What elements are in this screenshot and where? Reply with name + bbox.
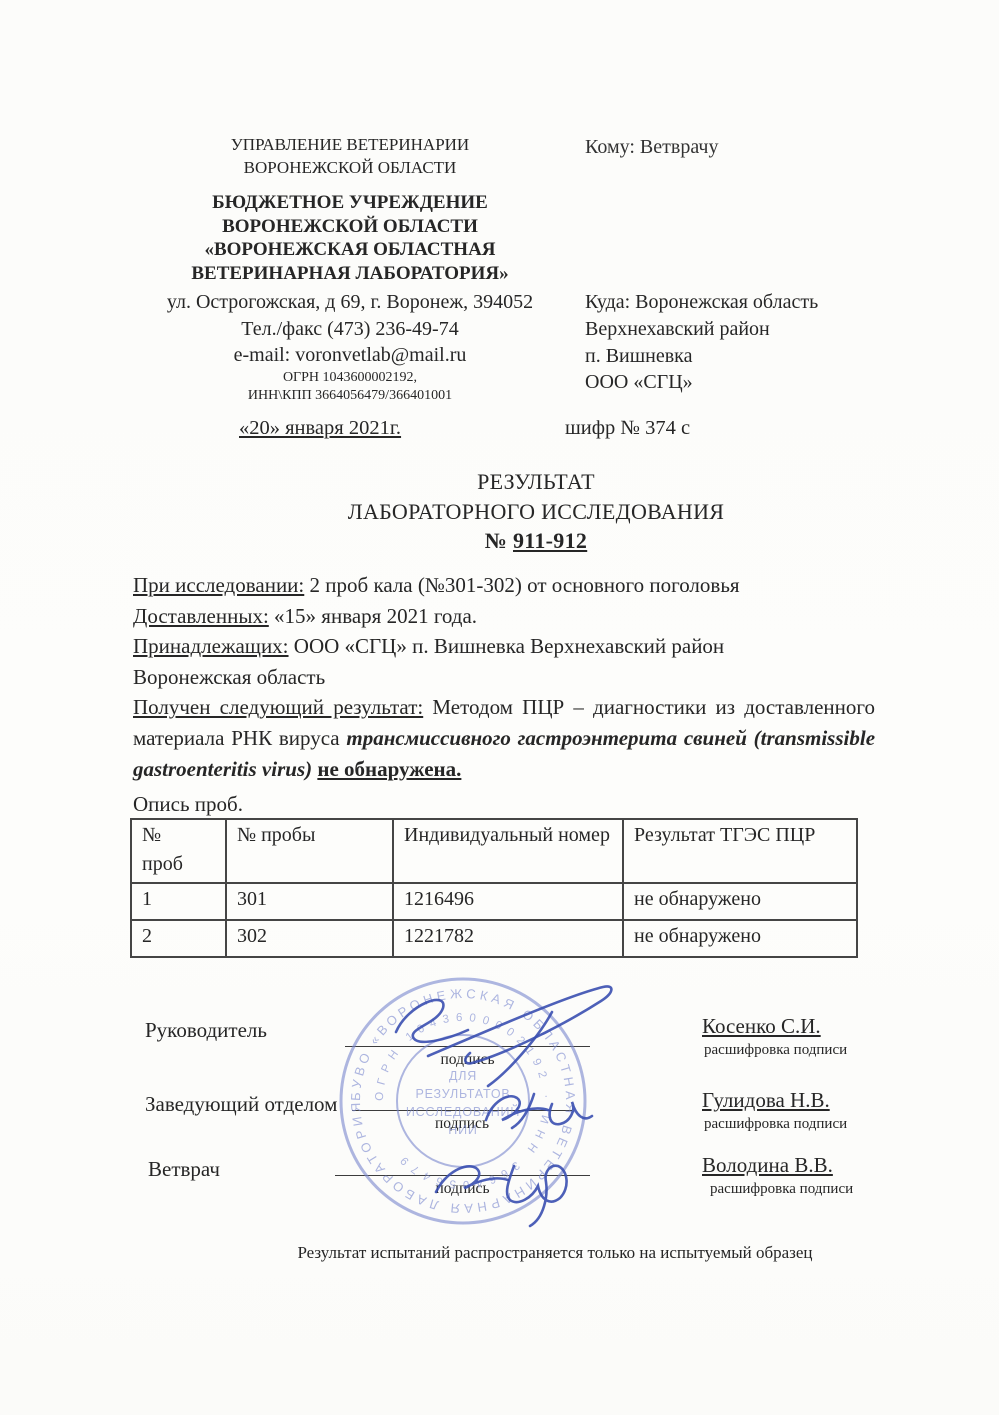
research-value: 2 проб кала (№301-302) от основного пого…	[304, 573, 739, 597]
sender-contacts: ул. Острогожская, д 69, г. Воронеж, 3940…	[120, 289, 580, 406]
delivered-line: Доставленных: «15» января 2021 года.	[133, 601, 875, 632]
col-header-individual-no: Индивидуальный номер	[393, 819, 623, 883]
sender-phone: Тел./факс (473) 236-49-74	[120, 316, 580, 343]
signature-scribble-director	[396, 986, 611, 1086]
stamp-registration-numbers: ОГРН 1043600002192 · ИНН 3664056479	[374, 1012, 552, 1190]
owner-value: ООО «СГЦ» п. Вишневка Верхнехавский райо…	[289, 634, 725, 658]
cell-index: 2	[131, 920, 226, 957]
result-agent-ru: трансмиссивного гастроэнтерита свиней	[346, 726, 753, 750]
signature-caption: подпись	[345, 1051, 590, 1069]
org-line1: БЮДЖЕТНОЕ УЧРЕЖДЕНИЕ	[120, 191, 580, 215]
sender-address: ул. Острогожская, д 69, г. Воронеж, 3940…	[120, 289, 580, 316]
signature-line	[352, 1110, 572, 1111]
signature-name-caption: расшифровка подписи	[704, 1116, 847, 1133]
sender-ogrn: ОГРН 1043600002192,	[120, 369, 580, 388]
footer-note: Результат испытаний распространяется тол…	[130, 1243, 980, 1263]
recipient-line2: Верхнехавский район	[585, 316, 818, 343]
signature-name-caption: расшифровка подписи	[704, 1042, 847, 1059]
signature-name-head-of-dept: Гулидова Н.В.	[702, 1088, 830, 1113]
number-sign: №	[485, 528, 513, 553]
report-details: При исследовании: 2 проб кала (№301-302)…	[133, 570, 875, 784]
document-cipher: шифр № 374 с	[565, 417, 690, 440]
signature-role-director: Руководитель	[145, 1018, 267, 1043]
recipient-address: Куда: Воронежская область Верхнехавский …	[585, 289, 818, 396]
department-line2: ВОРОНЕЖСКОЙ ОБЛАСТИ	[130, 156, 570, 179]
recipient-to: Кому: Ветврачу	[585, 136, 718, 159]
signature-name-vet: Володина В.В.	[702, 1153, 833, 1178]
title-number-line: № 911-912	[130, 526, 942, 556]
result-label: Получен следующий результат:	[133, 695, 423, 719]
sender-email: e-mail: voronvetlab@mail.ru	[120, 342, 580, 369]
table-header-row: № проб № пробы Индивидуальный номер Резу…	[131, 819, 857, 883]
table-row: 2 302 1221782 не обнаружено	[131, 920, 857, 957]
signature-line	[335, 1175, 590, 1176]
cell-sample-no: 301	[226, 883, 393, 920]
signature-role-vet: Ветврач	[148, 1157, 220, 1182]
sender-inn-kpp: ИНН\КПП 3664056479/366401001	[120, 387, 580, 406]
recipient-line3: п. Вишневка	[585, 343, 818, 370]
delivered-value: «15» января 2021 года.	[269, 604, 477, 628]
owner-label: Принадлежащих:	[133, 634, 289, 658]
department-line1: УПРАВЛЕНИЕ ВЕТЕРИНАРИИ	[130, 133, 570, 156]
cell-result: не обнаружено	[623, 883, 857, 920]
recipient-line4: ООО «СГЦ»	[585, 369, 818, 396]
owner-line: Принадлежащих: ООО «СГЦ» п. Вишневка Вер…	[133, 631, 875, 692]
signature-caption: подпись	[352, 1115, 572, 1133]
col-header-result: Результат ТГЭС ПЦР	[623, 819, 857, 883]
research-label: При исследовании:	[133, 573, 304, 597]
samples-table: № проб № пробы Индивидуальный номер Резу…	[130, 818, 858, 958]
stamp-center-line2: РЕЗУЛЬТАТОВ	[415, 1087, 510, 1101]
title-line1: РЕЗУЛЬТАТ	[130, 467, 942, 497]
research-line: При исследовании: 2 проб кала (№301-302)…	[133, 570, 875, 601]
org-line2: ВОРОНЕЖСКОЙ ОБЛАСТИ	[120, 215, 580, 239]
signature-name-director: Косенко С.И.	[702, 1014, 821, 1039]
table-row: 1 301 1216496 не обнаружено	[131, 883, 857, 920]
sender-department: УПРАВЛЕНИЕ ВЕТЕРИНАРИИ ВОРОНЕЖСКОЙ ОБЛАС…	[130, 133, 570, 179]
stamp-ring-text: БУВО «ВОРОНЕЖСКАЯ ОБЛАСТНАЯ ВЕТЕРИНАРНАЯ…	[330, 968, 578, 1216]
cell-result: не обнаружено	[623, 920, 857, 957]
owner-value-2: Воронежская область	[133, 662, 875, 693]
result-paragraph: Получен следующий результат: Методом ПЦР…	[133, 692, 875, 784]
stamp-center-line1: ДЛЯ	[449, 1069, 477, 1083]
signature-line	[345, 1046, 590, 1047]
result-verdict: не обнаружена.	[317, 757, 461, 781]
cell-sample-no: 302	[226, 920, 393, 957]
org-line3: «ВОРОНЕЖСКАЯ ОБЛАСТНАЯ	[120, 238, 580, 262]
recipient-line1: Куда: Воронежская область	[585, 289, 818, 316]
col-header-sample-index: № проб	[131, 819, 226, 883]
cell-index: 1	[131, 883, 226, 920]
org-line4: ВЕТЕРИНАРНАЯ ЛАБОРАТОРИЯ»	[120, 262, 580, 286]
signature-caption: подпись	[335, 1180, 590, 1198]
handwritten-signatures	[300, 960, 730, 1250]
col-header-sample-no: № пробы	[226, 819, 393, 883]
signature-name-caption: расшифровка подписи	[710, 1181, 853, 1198]
delivered-label: Доставленных:	[133, 604, 269, 628]
document-title: РЕЗУЛЬТАТ ЛАБОРАТОРНОГО ИССЛЕДОВАНИЯ № 9…	[130, 467, 942, 556]
report-number: 911-912	[513, 528, 587, 553]
cell-individual-no: 1221782	[393, 920, 623, 957]
signature-role-head-of-dept: Заведующий отделом	[145, 1092, 337, 1117]
scanned-lab-report-page: УПРАВЛЕНИЕ ВЕТЕРИНАРИИ ВОРОНЕЖСКОЙ ОБЛАС…	[0, 0, 999, 1415]
title-line2: ЛАБОРАТОРНОГО ИССЛЕДОВАНИЯ	[130, 497, 942, 527]
cell-individual-no: 1216496	[393, 883, 623, 920]
organization-name: БЮДЖЕТНОЕ УЧРЕЖДЕНИЕ ВОРОНЕЖСКОЙ ОБЛАСТИ…	[120, 191, 580, 285]
samples-caption: Опись проб.	[133, 792, 243, 817]
document-date: «20» января 2021г.	[239, 417, 401, 440]
